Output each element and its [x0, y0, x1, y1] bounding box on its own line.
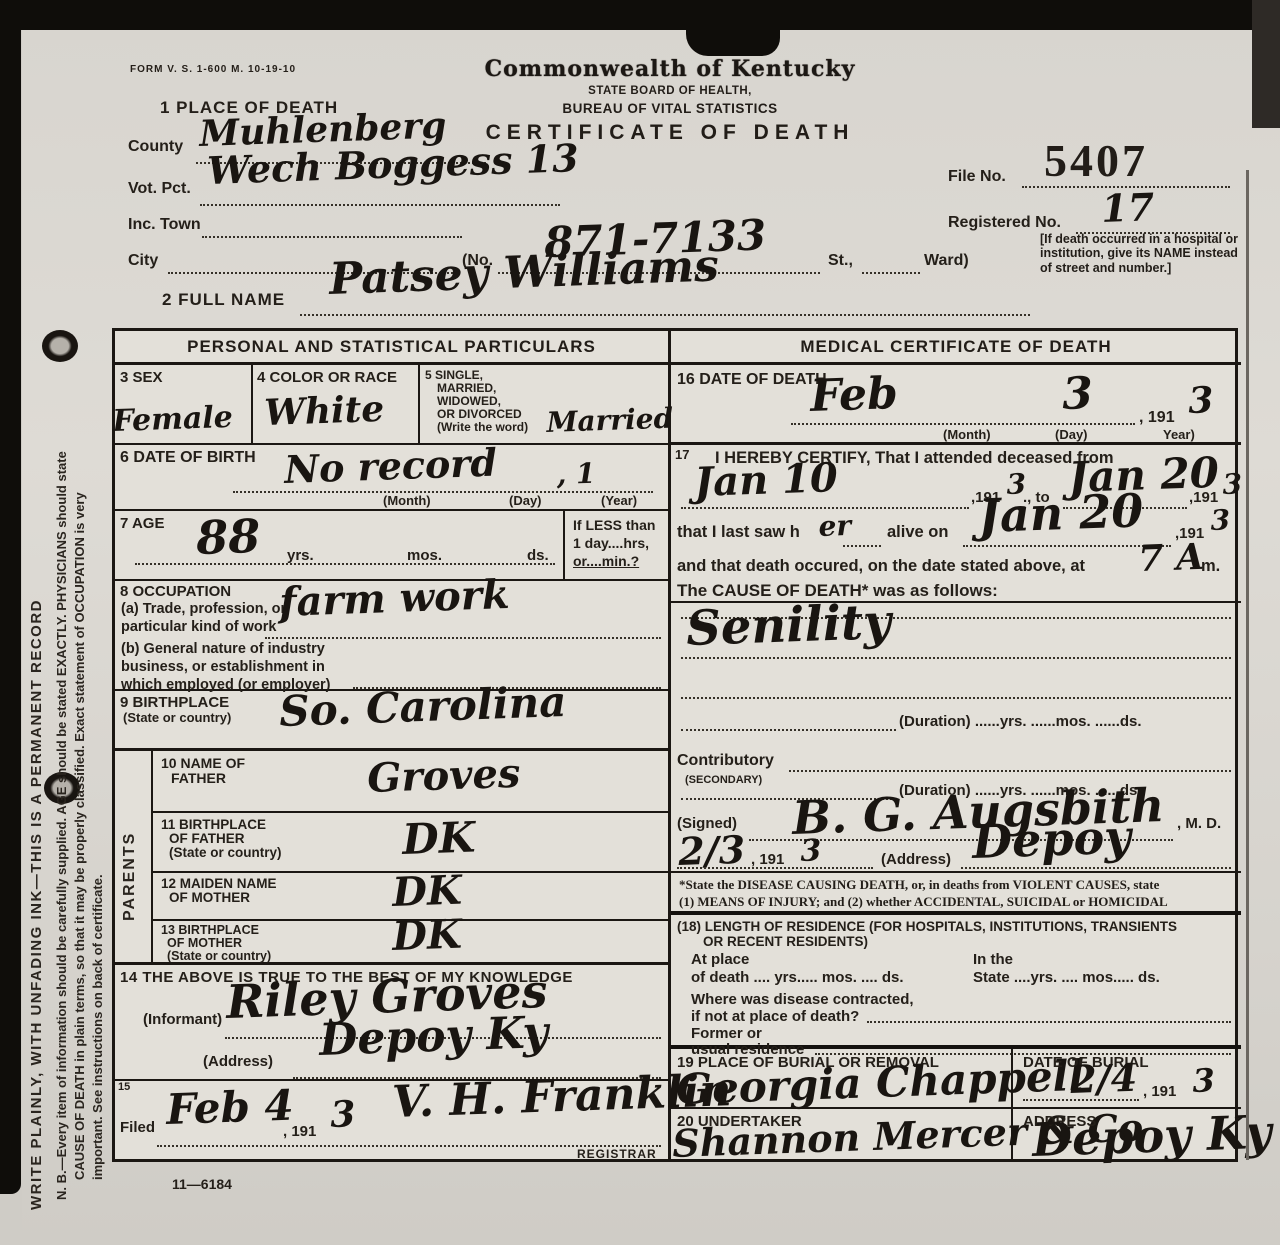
scan-edge-top-right: [1252, 0, 1280, 128]
age-row: 7 AGE 88 yrs. mos. ds. If LESS than 1 da…: [115, 511, 668, 581]
marital-value: Married: [546, 405, 674, 437]
at-place-line-1: At place: [691, 951, 749, 968]
residence-heading-2: OR RECENT RESIDENTS): [703, 934, 868, 949]
state-board-line: STATE BOARD OF HEALTH,: [440, 85, 900, 97]
medical-header-row: MEDICAL CERTIFICATE OF DEATH: [671, 331, 1241, 365]
margin-note-nb-1: N. B.—Every item of information should b…: [54, 120, 69, 1200]
secondary-label: (SECONDARY): [685, 774, 762, 786]
st-label: St.,: [828, 252, 853, 270]
race-label: 4 COLOR OR RACE: [257, 369, 397, 386]
filed-date-value: Feb 4: [166, 1085, 295, 1131]
mother-name-label-1: 12 MAIDEN NAME: [161, 876, 277, 891]
footnote-line-2: (1) MEANS OF INJURY; and (2) whether ACC…: [679, 894, 1168, 910]
birthplace-row: 9 BIRTHPLACE (State or country) So. Caro…: [115, 691, 668, 751]
certify-row: 17 I HEREBY CERTIFY, That I attended dec…: [671, 445, 1241, 603]
signed-year-printed: , 191: [751, 851, 784, 868]
father-birthplace-value: DK: [402, 816, 476, 861]
file-no-value: 5407: [1044, 134, 1148, 187]
father-bp-label-1: 11 BIRTHPLACE: [161, 817, 266, 832]
scan-edge-left: [0, 24, 21, 1194]
mother-bp-label-2: OF MOTHER: [167, 936, 242, 950]
undertaker-row: 20 UNDERTAKER Shannon Mercer & Co ADDRES…: [671, 1109, 1241, 1159]
registrar-label: REGISTRAR: [577, 1147, 657, 1161]
precinct-label: Vot. Pct.: [128, 180, 191, 198]
race-cell-divider: [418, 365, 420, 445]
occupation-value: farm work: [279, 575, 511, 623]
physician-address-label: (Address): [881, 851, 951, 868]
father-birthplace-row: 11 BIRTHPLACE OF FATHER (State or countr…: [153, 813, 668, 873]
file-no-label: File No.: [948, 168, 1006, 186]
margin-note-write-plainly: WRITE PLAINLY, WITH UNFADING INK—THIS IS…: [28, 330, 45, 1210]
mother-name-label-2: OF MOTHER: [169, 890, 250, 905]
physician-address-value: Depoy: [971, 813, 1131, 865]
last-saw-hand: er: [818, 512, 852, 541]
former-line-1: Former or: [691, 1025, 762, 1042]
page-edge-right: [1246, 170, 1249, 1160]
marital-label-1: 5 SINGLE,: [425, 368, 483, 382]
informant-address-value: Depoy Ky: [318, 1011, 548, 1063]
marital-label-2: MARRIED,: [437, 381, 496, 395]
burial-year-digit: 3: [1192, 1064, 1215, 1097]
to-year-digit: 3: [1222, 470, 1242, 499]
father-name-row: 10 NAME OF FATHER Groves: [153, 751, 668, 813]
dob-value: No record: [284, 444, 498, 489]
undertaker-address-value: Depoy Ky: [1031, 1109, 1272, 1163]
registered-no-label: Registered No.: [948, 214, 1061, 232]
scan-edge-top: [0, 0, 1280, 30]
dob-label: 6 DATE OF BIRTH: [120, 449, 256, 467]
ward-label: Ward): [924, 252, 969, 270]
meridiem-label: m.: [1201, 557, 1220, 576]
attended-from-value: Jan 10: [694, 458, 839, 503]
cause-value: Senility: [685, 598, 891, 653]
item15-label: 15: [118, 1081, 130, 1093]
occupation-label: 8 OCCUPATION: [120, 583, 231, 600]
mother-bp-label-1: 13 BIRTHPLACE: [161, 923, 259, 937]
alive-on-label: alive on: [887, 523, 948, 542]
saw-year-digit: 3: [1210, 506, 1230, 535]
signed-year-digit: 3: [800, 836, 822, 867]
burial-row: 19 PLACE OF BURIAL OR REMOVAL Georgia Ch…: [671, 1049, 1241, 1109]
contracted-line: [867, 1021, 1231, 1023]
age-yrs-label: yrs.: [287, 547, 314, 564]
cause-of-death-row: Senility (Duration) ......yrs. ......mos…: [671, 603, 1241, 748]
filed-year-printed: , 191: [283, 1123, 316, 1140]
bureau-line: BUREAU OF VITAL STATISTICS: [440, 101, 900, 116]
mother-bp-label-3: (State or country): [167, 949, 271, 963]
signed-row: (Signed) B. G. Augsbith , M. D. 2/3 , 19…: [671, 803, 1241, 873]
cause-line-3: [681, 697, 1231, 699]
filed-row: 15 Filed Feb 4 , 191 3 V. H. Franklin RE…: [115, 1081, 668, 1165]
last-saw-date-value: Jan 20: [977, 487, 1144, 539]
age-cell-divider: [563, 511, 565, 581]
parents-block: PARENTS 10 NAME OF FATHER Groves 11 BIRT…: [115, 751, 668, 965]
dod-month-value: Feb: [809, 372, 898, 419]
full-name-line: [300, 314, 1030, 316]
death-occurred-label: and that death occured, on the date stat…: [677, 557, 1085, 576]
dob-extra-value: , 1: [556, 460, 596, 489]
occ-a-line1: (a) Trade, profession, or: [121, 601, 286, 617]
form-code: FORM V. S. 1-600 M. 10-19-10: [130, 64, 296, 75]
marital-label-4: OR DIVORCED: [437, 407, 522, 421]
personal-title: PERSONAL AND STATISTICAL PARTICULARS: [187, 337, 596, 356]
age-less-line-2: 1 day....hrs,: [573, 535, 649, 551]
date-of-death-row: 16 DATE OF DEATH Feb 3 , 191 3 (Month) (…: [671, 365, 1241, 445]
father-bp-label-3: (State or country): [169, 845, 282, 860]
contributory-line: [789, 770, 1231, 772]
death-time-value: 7 A: [1138, 539, 1205, 577]
father-bp-label-2: OF FATHER: [169, 831, 245, 846]
dod-year-label: Year): [1163, 427, 1195, 442]
father-name-label-1: 10 NAME OF: [161, 755, 245, 771]
hospital-note: [If death occurred in a hospital or inst…: [1040, 232, 1238, 275]
age-value: 88: [195, 513, 261, 561]
occ-a-line: [265, 637, 661, 639]
registered-no-value: 17: [1101, 188, 1155, 228]
dob-day-label: (Day): [509, 493, 542, 508]
informant-address-label: (Address): [203, 1053, 273, 1070]
inc-town-line: [202, 236, 462, 238]
scan-blob-top: [686, 0, 780, 56]
occupation-row: 8 OCCUPATION (a) Trade, profession, or p…: [115, 581, 668, 691]
informant-label: (Informant): [143, 1011, 222, 1028]
birthplace-label: 9 BIRTHPLACE: [120, 694, 229, 711]
dod-label: 16 DATE OF DEATH: [677, 371, 827, 389]
at-place-line-2: of death .... yrs..... mos. .... ds.: [691, 969, 904, 986]
mother-birthplace-value: DK: [392, 915, 463, 957]
age-less-line-3: or....min.?: [573, 553, 639, 569]
in-state-line-1: In the: [973, 951, 1013, 968]
footnote-line-1: *State the DISEASE CAUSING DEATH, or, in…: [679, 877, 1159, 893]
item17-label: 17: [675, 447, 689, 462]
mother-maiden-value: DK: [392, 871, 463, 913]
contracted-line-1: Where was disease contracted,: [691, 991, 914, 1008]
duration-line: (Duration) ......yrs. ......mos. ......d…: [899, 713, 1142, 730]
medical-title: MEDICAL CERTIFICATE OF DEATH: [800, 337, 1111, 356]
mother-birthplace-row: 13 BIRTHPLACE OF MOTHER (State or countr…: [153, 921, 668, 965]
inc-town-label: Inc. Town: [128, 216, 201, 234]
father-name-value: Groves: [367, 754, 521, 799]
dod-month-label: (Month): [943, 427, 991, 442]
sex-race-marital-row: 3 SEX Female 4 COLOR OR RACE White 5 SIN…: [115, 365, 668, 445]
last-saw-gap-line: [843, 545, 881, 547]
date-of-birth-row: 6 DATE OF BIRTH No record , 1 (Month) (D…: [115, 445, 668, 511]
last-saw-prefix: that I last saw h: [677, 523, 800, 542]
occ-b-line2: business, or establishment in: [121, 659, 325, 675]
residence-row: (18) LENGTH OF RESIDENCE (FOR HOSPITALS,…: [671, 915, 1241, 1049]
attended-from-line: [681, 507, 969, 509]
residence-heading-1: (18) LENGTH OF RESIDENCE (FOR HOSPITALS,…: [677, 919, 1177, 934]
dob-month-label: (Month): [383, 493, 431, 508]
age-ds-label: ds.: [527, 547, 549, 564]
dob-year-label: (Year): [601, 493, 637, 508]
occ-b-line1: (b) General nature of industry: [121, 641, 325, 657]
age-label: 7 AGE: [120, 515, 164, 532]
city-label: City: [128, 252, 158, 270]
dod-year-digit: 3: [1188, 382, 1214, 419]
header-center-block: Commonwealth of Kentucky STATE BOARD OF …: [440, 56, 900, 145]
father-name-label-2: FATHER: [171, 770, 226, 786]
dod-day-label: (Day): [1055, 427, 1088, 442]
commonwealth-title: Commonwealth of Kentucky: [440, 56, 900, 82]
parents-label: PARENTS: [121, 801, 139, 921]
marital-label-3: WIDOWED,: [437, 394, 501, 408]
age-mos-label: mos.: [407, 547, 442, 564]
form-print-code: 11—6184: [172, 1176, 232, 1192]
birthplace-sub-label: (State or country): [123, 710, 231, 725]
cause-line-4: [681, 729, 896, 731]
margin-note-nb-3: important. See instructions on back of c…: [90, 560, 105, 1180]
race-value: White: [264, 391, 385, 431]
burial-date-value: 2/4: [1070, 1059, 1138, 1099]
in-state-line-2: State ....yrs. .... mos..... ds.: [973, 969, 1160, 986]
burial-date-line: [1023, 1099, 1139, 1101]
sex-cell-divider: [251, 365, 253, 445]
filed-year-digit: 3: [330, 1096, 356, 1133]
margin-note-nb-2: CAUSE OF DEATH in plain terms, so that i…: [72, 140, 87, 1180]
contributory-label: Contributory: [677, 752, 774, 770]
dod-year-printed: , 191: [1139, 409, 1175, 427]
personal-header-row: PERSONAL AND STATISTICAL PARTICULARS: [115, 331, 668, 365]
burial-year-printed: , 191: [1143, 1083, 1176, 1100]
age-less-line-1: If LESS than: [573, 517, 655, 533]
sex-value: Female: [112, 403, 233, 437]
death-certificate-scan: WRITE PLAINLY, WITH UNFADING INK—THIS IS…: [0, 0, 1280, 1245]
footnote-row: *State the DISEASE CAUSING DEATH, or, in…: [671, 873, 1241, 915]
filed-label: Filed: [120, 1119, 155, 1136]
ward-line: [862, 272, 920, 274]
cause-line-2: [681, 657, 1231, 659]
certificate-table: PERSONAL AND STATISTICAL PARTICULARS 3 S…: [112, 328, 1238, 1162]
county-label: County: [128, 138, 183, 156]
full-name-value: Patsey Williams: [328, 244, 719, 302]
contracted-line-2: if not at place of death?: [691, 1008, 859, 1025]
precinct-line: [200, 204, 560, 206]
marital-label-5: (Write the word): [437, 420, 528, 434]
occ-a-line2: particular kind of work: [121, 619, 277, 635]
informant-row: 14 THE ABOVE IS TRUE TO THE BEST OF MY K…: [115, 965, 668, 1081]
full-name-label: 2 FULL NAME: [162, 290, 285, 310]
signed-date-value: 2/3: [678, 831, 746, 871]
md-label: , M. D.: [1177, 815, 1221, 832]
dod-line: [791, 423, 1135, 425]
birthplace-value: So. Carolina: [279, 681, 568, 733]
dod-day-value: 3: [1061, 372, 1093, 417]
sex-label: 3 SEX: [120, 369, 163, 386]
